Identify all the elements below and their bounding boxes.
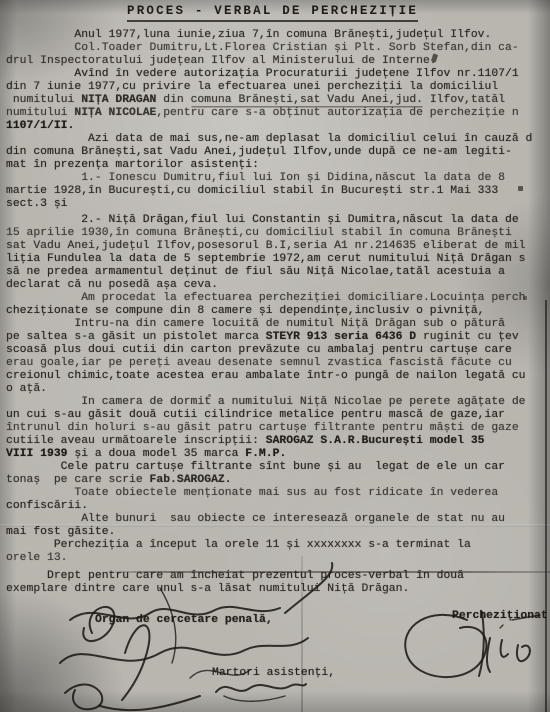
footer-investigating-organ-label: Organ de cercetare penală, xyxy=(95,614,273,626)
document-line: drul Inspectoratului județean Ilfov al M… xyxy=(6,55,550,68)
document-line: să ne predea armamentul deținut de fiul … xyxy=(6,266,550,279)
document-line: Azi data de mai sus,ne-am deplasat la do… xyxy=(6,133,550,146)
document-line: Percheziția a început la orele 11 și xxx… xyxy=(6,539,550,552)
document-line: Avînd în vedere autorizația Procuraturii… xyxy=(6,68,550,81)
document-line: martie 1928,în București,cu domiciliul s… xyxy=(6,185,550,198)
document-line: mat în prezența martorilor asistenți: xyxy=(6,159,550,172)
paper-fold-line xyxy=(0,524,550,527)
paper-crease-horizontal xyxy=(100,571,550,573)
document-line: declarat că nu posedă așa ceva. xyxy=(6,279,550,292)
document-line: pe saltea s-a găsit un pistolet marca ST… xyxy=(6,331,550,344)
document-line: întrunul din holuri s-au găsit patru car… xyxy=(6,422,550,435)
scanned-document-page: PROCES - VERBAL DE PERCHEZIȚIE Anul 1977… xyxy=(0,0,550,712)
document-line: din comuna Brănești,sat Vadu Anei,județu… xyxy=(6,146,550,159)
ink-speck xyxy=(518,186,523,191)
document-line: un cui s-au găsit două cutii cilindrice … xyxy=(6,409,550,422)
document-line: orele 13. xyxy=(6,552,550,565)
document-line: scoasă plus doui cutii din carton prevăz… xyxy=(6,344,550,357)
document-line: Am procedat la efectuarea percheziției d… xyxy=(6,292,550,305)
document-body: Anul 1977,luna iunie,ziua 7,în comuna Br… xyxy=(6,29,550,596)
document-line: erau goale,iar pe pereți aveau desenate … xyxy=(6,357,550,370)
footer-searched-person-label: Percheziționat xyxy=(452,610,548,622)
document-line: 1.- Ionescu Dumitru,fiul lui Ion și Didi… xyxy=(6,172,550,185)
ink-speck xyxy=(208,394,211,397)
document-line: Col.Toader Dumitru,Lt.Florea Cristian și… xyxy=(6,42,550,55)
document-line: Intru-na din camere locuită de numitul N… xyxy=(6,318,550,331)
document-line: liția Fundulea la data de 5 septembrie 1… xyxy=(6,253,550,266)
document-line: numitului NIȚA NICOLAE,pentru care s-a o… xyxy=(6,107,550,120)
document-line: sat Vadu Anei,județul Ilfov,posesorul B.… xyxy=(6,240,550,253)
document-line: confiscării. xyxy=(6,500,550,513)
document-line: 2.- Niță Drăgan,fiul lui Constantin și D… xyxy=(6,214,550,227)
document-line: tonaș pe care scrie Fab.SAROGAZ. xyxy=(6,474,550,487)
document-line: 1107/1/II. xyxy=(6,120,550,133)
document-line: o ață. xyxy=(6,383,550,396)
document-line: Anul 1977,luna iunie,ziua 7,în comuna Br… xyxy=(6,29,550,42)
footer-witnesses-label: Martori asistenți, xyxy=(212,667,335,679)
document-line: numitului NIȚA DRAGAN din comuna Brăneșt… xyxy=(6,94,550,107)
document-line: Toate obiectele menționate mai sus au fo… xyxy=(6,487,550,500)
document-line: exemplare dintre care unul s-a lăsat num… xyxy=(6,583,550,596)
ink-speck xyxy=(523,296,527,300)
document-line: mai fost găsite. xyxy=(6,526,550,539)
page-edge-shadow xyxy=(545,300,547,712)
document-line: creionul chimic,toate acestea erau ambal… xyxy=(6,370,550,383)
paper-crease-vertical xyxy=(301,556,303,712)
document-line: 15 aprilie 1930,în comuna Brănești,cu do… xyxy=(6,227,550,240)
document-line: cutiile aveau următoarele inscripții: SA… xyxy=(6,435,550,448)
document-line: Cele patru cartușe filtrante sînt bune ș… xyxy=(6,461,550,474)
document-line: VIII 1939 și a doua model 35 marca F.M.P… xyxy=(6,448,550,461)
document-line: sect.3 și xyxy=(6,198,550,211)
document-line: din 7 iunie 1977,cu privire la efectuare… xyxy=(6,81,550,94)
document-title: PROCES - VERBAL DE PERCHEZIȚIE xyxy=(127,4,418,22)
document-line: In camera de dormit a numitului Niță Nic… xyxy=(6,396,550,409)
document-line: cheziționate se compune din 8 camere și … xyxy=(6,305,550,318)
